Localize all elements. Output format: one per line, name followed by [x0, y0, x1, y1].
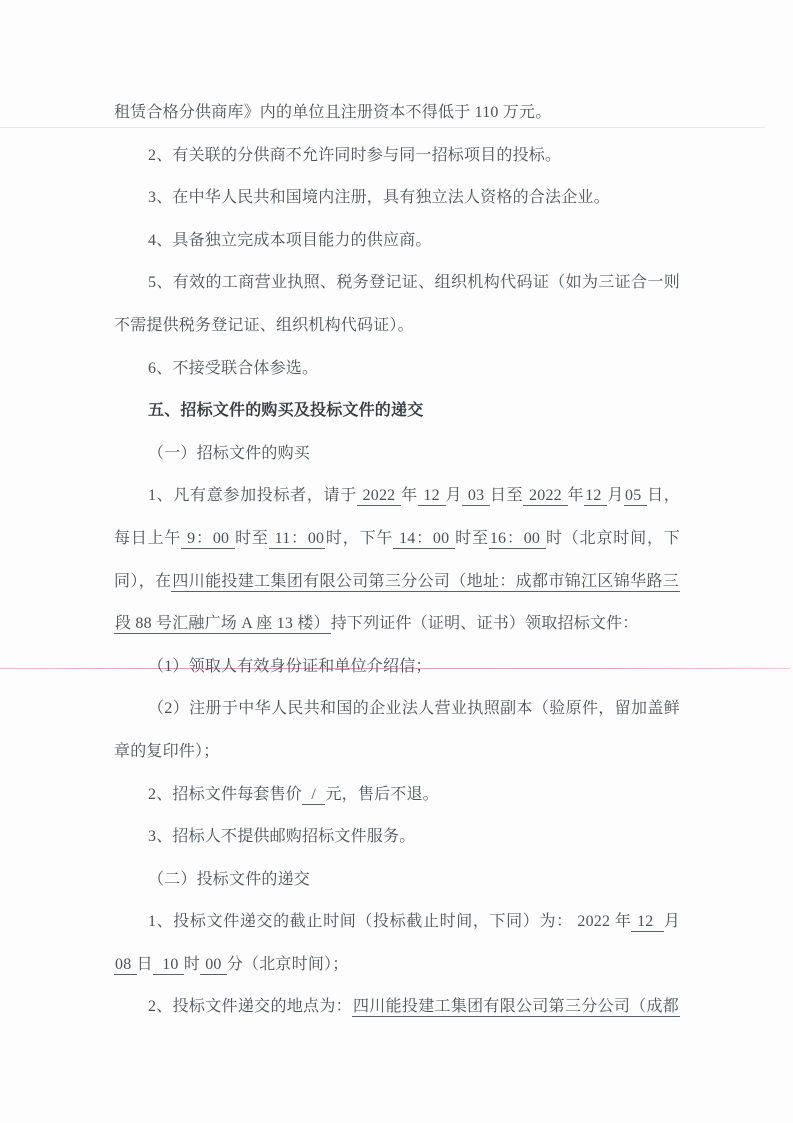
body-text: 同），在	[114, 573, 171, 590]
filled-blank-text: 2022	[357, 487, 401, 506]
body-text: 时（北京时间，下	[546, 530, 680, 547]
text-line: 3、在中华人民共和国境内注册，具有独立法人资格的合法企业。	[114, 177, 680, 220]
body-text: 2、投标文件递交的地点为：	[148, 998, 352, 1015]
text-line: 2、有关联的分供商不允许同时参与同一招标项目的投标。	[114, 135, 680, 178]
body-text: 租赁合格分供商库》内的单位且注册资本不得低于 110 万元。	[114, 104, 551, 121]
body-text: 4、具备独立完成本项目能力的供应商。	[148, 232, 432, 249]
body-text: 3、在中华人民共和国境内注册，具有独立法人资格的合法企业。	[148, 189, 610, 206]
body-text: 月	[446, 487, 463, 504]
text-line: 五、招标文件的购买及投标文件的递交	[114, 390, 680, 433]
body-text: 时	[184, 956, 200, 973]
text-line: 同），在四川能投建工集团有限公司第三分公司（地址：成都市锦江区锦华路三	[114, 561, 680, 604]
text-line: 2、投标文件递交的地点为：四川能投建工集团有限公司第三分公司（成都	[114, 986, 680, 1029]
body-text: 1、凡有意参加投标者，请于	[148, 487, 357, 504]
filled-blank-text: 9：00	[181, 530, 235, 549]
text-line: 08 日 10 时 00 分（北京时间）；	[114, 944, 680, 987]
text-line: 章的复印件）；	[114, 731, 680, 774]
text-line: 1、投标文件递交的截止时间（投标截止时间，下同）为： 2022 年 12 月	[114, 901, 680, 944]
body-text: 每日上午	[114, 530, 181, 547]
body-text: （2）注册于中华人民共和国的企业法人营业执照副本（验原件，留加盖鲜	[148, 700, 680, 717]
filled-blank-text: 03	[462, 487, 490, 506]
body-text: 2、有关联的分供商不允许同时参与同一招标项目的投标。	[148, 147, 561, 164]
body-text: 年	[401, 487, 418, 504]
text-line: 1、凡有意参加投标者，请于 2022 年 12 月 03 日至 2022 年12…	[114, 475, 680, 518]
filled-blank-text: 11：00	[269, 530, 326, 549]
filled-blank-text: 12	[418, 487, 446, 506]
filled-blank-text: 四川能投建工集团有限公司第三分公司（地址：成都市锦江区锦华路三	[171, 573, 680, 592]
filled-blank-text: 四川能投建工集团有限公司第三分公司（成都	[352, 998, 680, 1017]
scanned-document-page: 租赁合格分供商库》内的单位且注册资本不得低于 110 万元。2、有关联的分供商不…	[0, 0, 793, 1123]
body-text: 2、招标文件每套售价	[148, 786, 302, 803]
filled-blank-text: 12	[584, 487, 607, 506]
filled-blank-text: 14：00	[393, 530, 455, 549]
body-text: 6、不接受联合体参选。	[148, 360, 318, 377]
body-text: 月	[664, 913, 680, 930]
filled-blank-text: 00	[200, 956, 227, 975]
filled-blank-text: 2022	[523, 487, 567, 506]
body-text: 年	[568, 487, 585, 504]
body-text: （二）投标文件的递交	[148, 871, 310, 888]
text-line: 不需提供税务登记证、组织机构代码证）。	[114, 305, 680, 348]
text-line: 4、具备独立完成本项目能力的供应商。	[114, 220, 680, 263]
filled-blank-text: 10	[153, 956, 184, 975]
body-text: 5、有效的工商营业执照、税务登记证、组织机构代码证（如为三证合一则	[148, 274, 680, 291]
body-text: 日	[137, 956, 153, 973]
body-text: 3、招标人不提供邮购招标文件服务。	[148, 828, 415, 845]
body-text: 时至	[455, 530, 489, 547]
filled-blank-text: 12	[631, 913, 663, 932]
text-line: 3、招标人不提供邮购招标文件服务。	[114, 816, 680, 859]
body-text: 时至	[235, 530, 269, 547]
filled-blank-text: /	[302, 786, 325, 805]
body-text: 日，	[647, 487, 680, 504]
document-body: 租赁合格分供商库》内的单位且注册资本不得低于 110 万元。2、有关联的分供商不…	[114, 92, 680, 1029]
text-line: 2、招标文件每套售价 / 元，售后不退。	[114, 774, 680, 817]
text-line: 每日上午 9：00 时至 11：00时，下午 14：00 时至16：00 时（北…	[114, 518, 680, 561]
text-line: 6、不接受联合体参选。	[114, 348, 680, 391]
filled-blank-text: 05	[624, 487, 647, 506]
text-line: （二）投标文件的递交	[114, 859, 680, 902]
body-text: 时，下午	[325, 530, 393, 547]
body-text: 元，售后不退。	[325, 786, 438, 803]
body-text: （1）领取人有效身份证和单位介绍信；	[148, 658, 432, 675]
body-text: 1、投标文件递交的截止时间（投标截止时间，下同）为： 2022 年	[148, 913, 631, 930]
text-line: 租赁合格分供商库》内的单位且注册资本不得低于 110 万元。	[114, 92, 680, 135]
text-line: （一）招标文件的购买	[114, 433, 680, 476]
text-line: 5、有效的工商营业执照、税务登记证、组织机构代码证（如为三证合一则	[114, 262, 680, 305]
body-text: 月	[607, 487, 624, 504]
filled-blank-text: 08	[114, 956, 137, 975]
text-line: （1）领取人有效身份证和单位介绍信；	[114, 646, 680, 689]
body-text: 章的复印件）；	[114, 743, 219, 760]
filled-blank-text: 段 88 号汇融广场 A 座 13 楼）	[114, 615, 331, 634]
body-text: 持下列证件（证明、证书）领取招标文件：	[331, 615, 639, 632]
text-line: （2）注册于中华人民共和国的企业法人营业执照副本（验原件，留加盖鲜	[114, 688, 680, 731]
filled-blank-text: 16：00	[489, 530, 546, 549]
section-heading-text: 五、招标文件的购买及投标文件的递交	[148, 402, 423, 419]
body-text: 分（北京时间）；	[227, 956, 349, 973]
body-text: （一）招标文件的购买	[148, 445, 310, 462]
body-text: 不需提供税务登记证、组织机构代码证）。	[114, 317, 414, 334]
body-text: 日至	[490, 487, 523, 504]
text-line: 段 88 号汇融广场 A 座 13 楼）持下列证件（证明、证书）领取招标文件：	[114, 603, 680, 646]
